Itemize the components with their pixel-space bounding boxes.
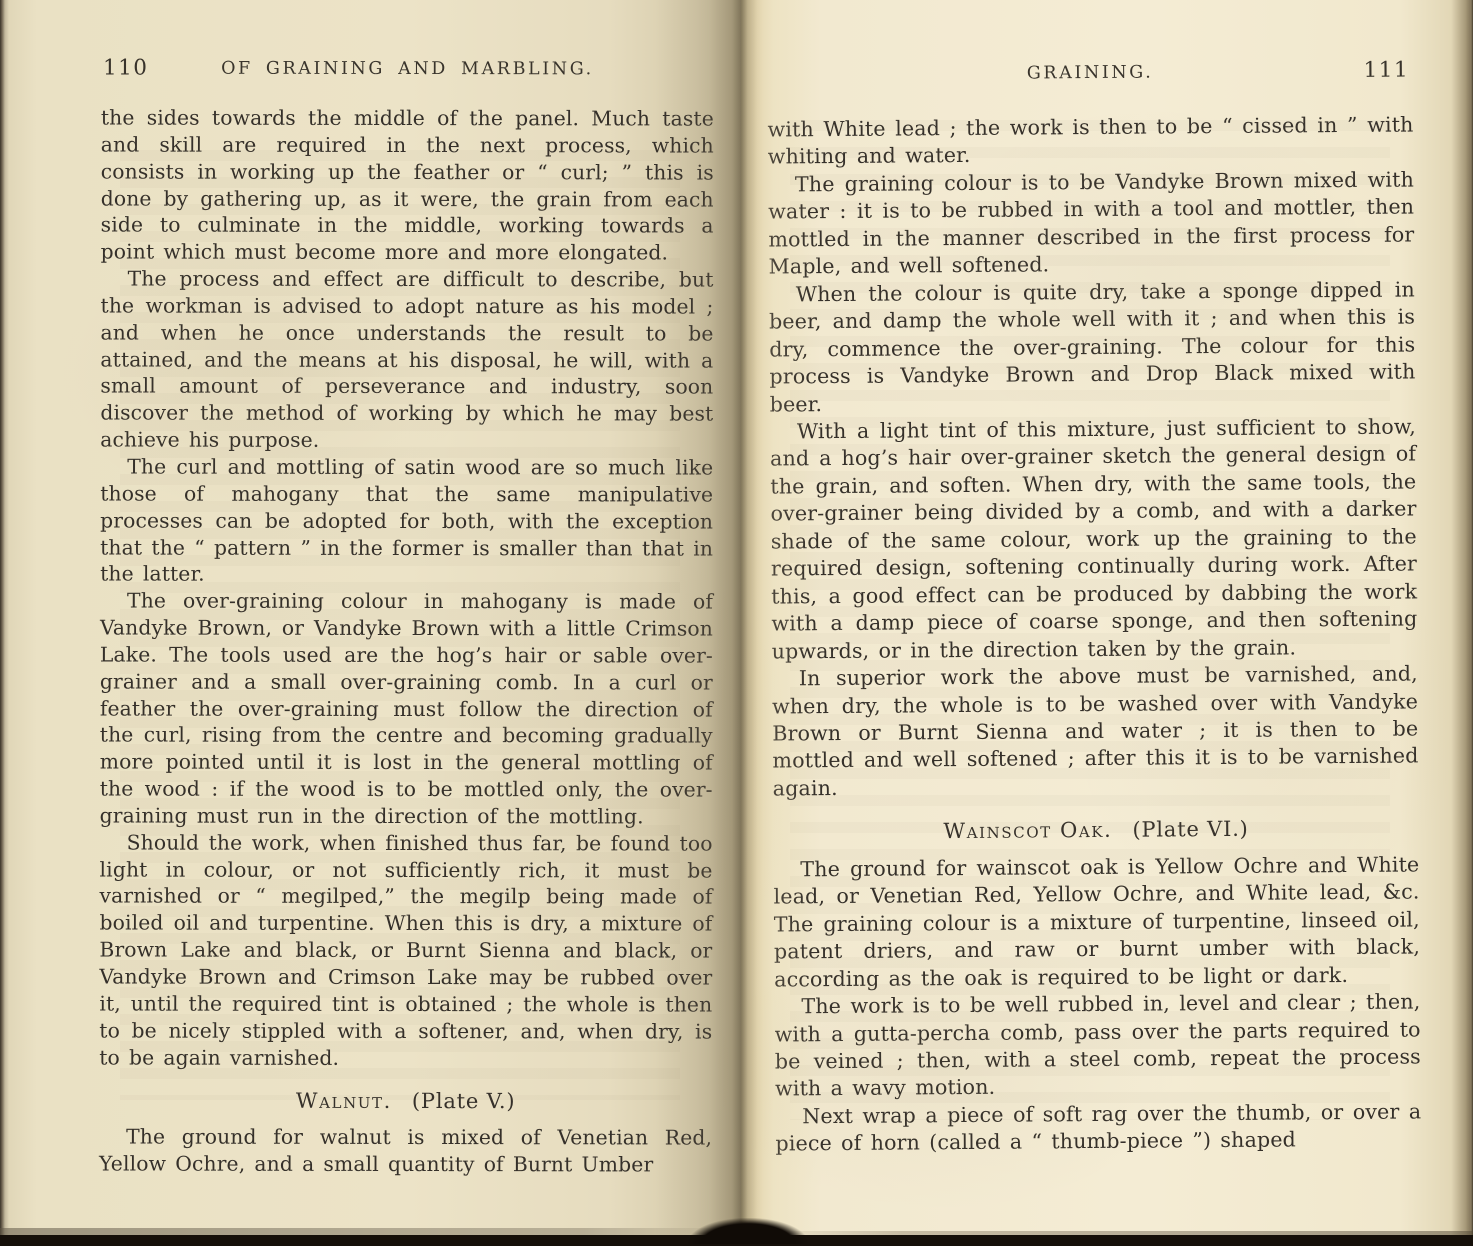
- left-page-content: 110 OF GRAINING AND MARBLING. the sides …: [99, 55, 714, 1178]
- right-page-content: GRAINING. 111 with White lead ; the work…: [767, 57, 1422, 1158]
- paragraph: The graining colour is to be Vandyke Bro…: [768, 166, 1415, 281]
- right-page-body: with White lead ; the work is then to be…: [767, 111, 1421, 1158]
- section-heading-wainscot-oak: Wainscot Oak.(Plate VI.): [773, 815, 1419, 848]
- plate-reference: (Plate V.): [412, 1089, 516, 1113]
- paragraph: With a light tint of this mixture, just …: [770, 413, 1418, 665]
- right-running-head: GRAINING. 111: [767, 57, 1413, 92]
- paragraph: Next wrap a piece of soft rag over the t…: [775, 1098, 1421, 1158]
- paragraph: the sides towards the middle of the pane…: [101, 104, 714, 266]
- left-page-body: the sides towards the middle of the pane…: [99, 104, 714, 1178]
- paragraph: The work is to be well rubbed in, level …: [774, 988, 1421, 1103]
- paragraph: When the colour is quite dry, take a spo…: [769, 276, 1416, 418]
- right-running-title: GRAINING.: [767, 57, 1413, 85]
- paragraph: with White lead ; the work is then to be…: [767, 111, 1413, 171]
- paragraph: The over-graining colour in mahogany is …: [100, 588, 713, 831]
- paragraph: The ground for walnut is mixed of Veneti…: [99, 1124, 712, 1179]
- left-page: 110 OF GRAINING AND MARBLING. the sides …: [0, 0, 741, 1246]
- plate-reference: (Plate VI.): [1132, 817, 1248, 842]
- paragraph: The process and effect are difficult to …: [100, 266, 713, 455]
- section-title: Wainscot Oak.: [943, 818, 1112, 843]
- right-page: GRAINING. 111 with White lead ; the work…: [741, 0, 1473, 1246]
- left-running-head: 110 OF GRAINING AND MARBLING.: [101, 55, 714, 86]
- book-spread: 110 OF GRAINING AND MARBLING. the sides …: [0, 0, 1473, 1246]
- paragraph: The curl and mottling of satin wood are …: [100, 453, 713, 588]
- left-page-number: 110: [103, 55, 149, 80]
- left-running-title: OF GRAINING AND MARBLING.: [101, 55, 714, 79]
- paragraph: Should the work, when finished thus far,…: [99, 829, 712, 1072]
- paragraph: In superior work the above must be varni…: [772, 661, 1419, 803]
- right-page-number: 111: [1363, 57, 1409, 82]
- section-heading-walnut: Walnut.(Plate V.): [99, 1088, 712, 1116]
- section-title: Walnut.: [296, 1089, 392, 1113]
- paragraph: The ground for wainscot oak is Yellow Oc…: [773, 851, 1420, 993]
